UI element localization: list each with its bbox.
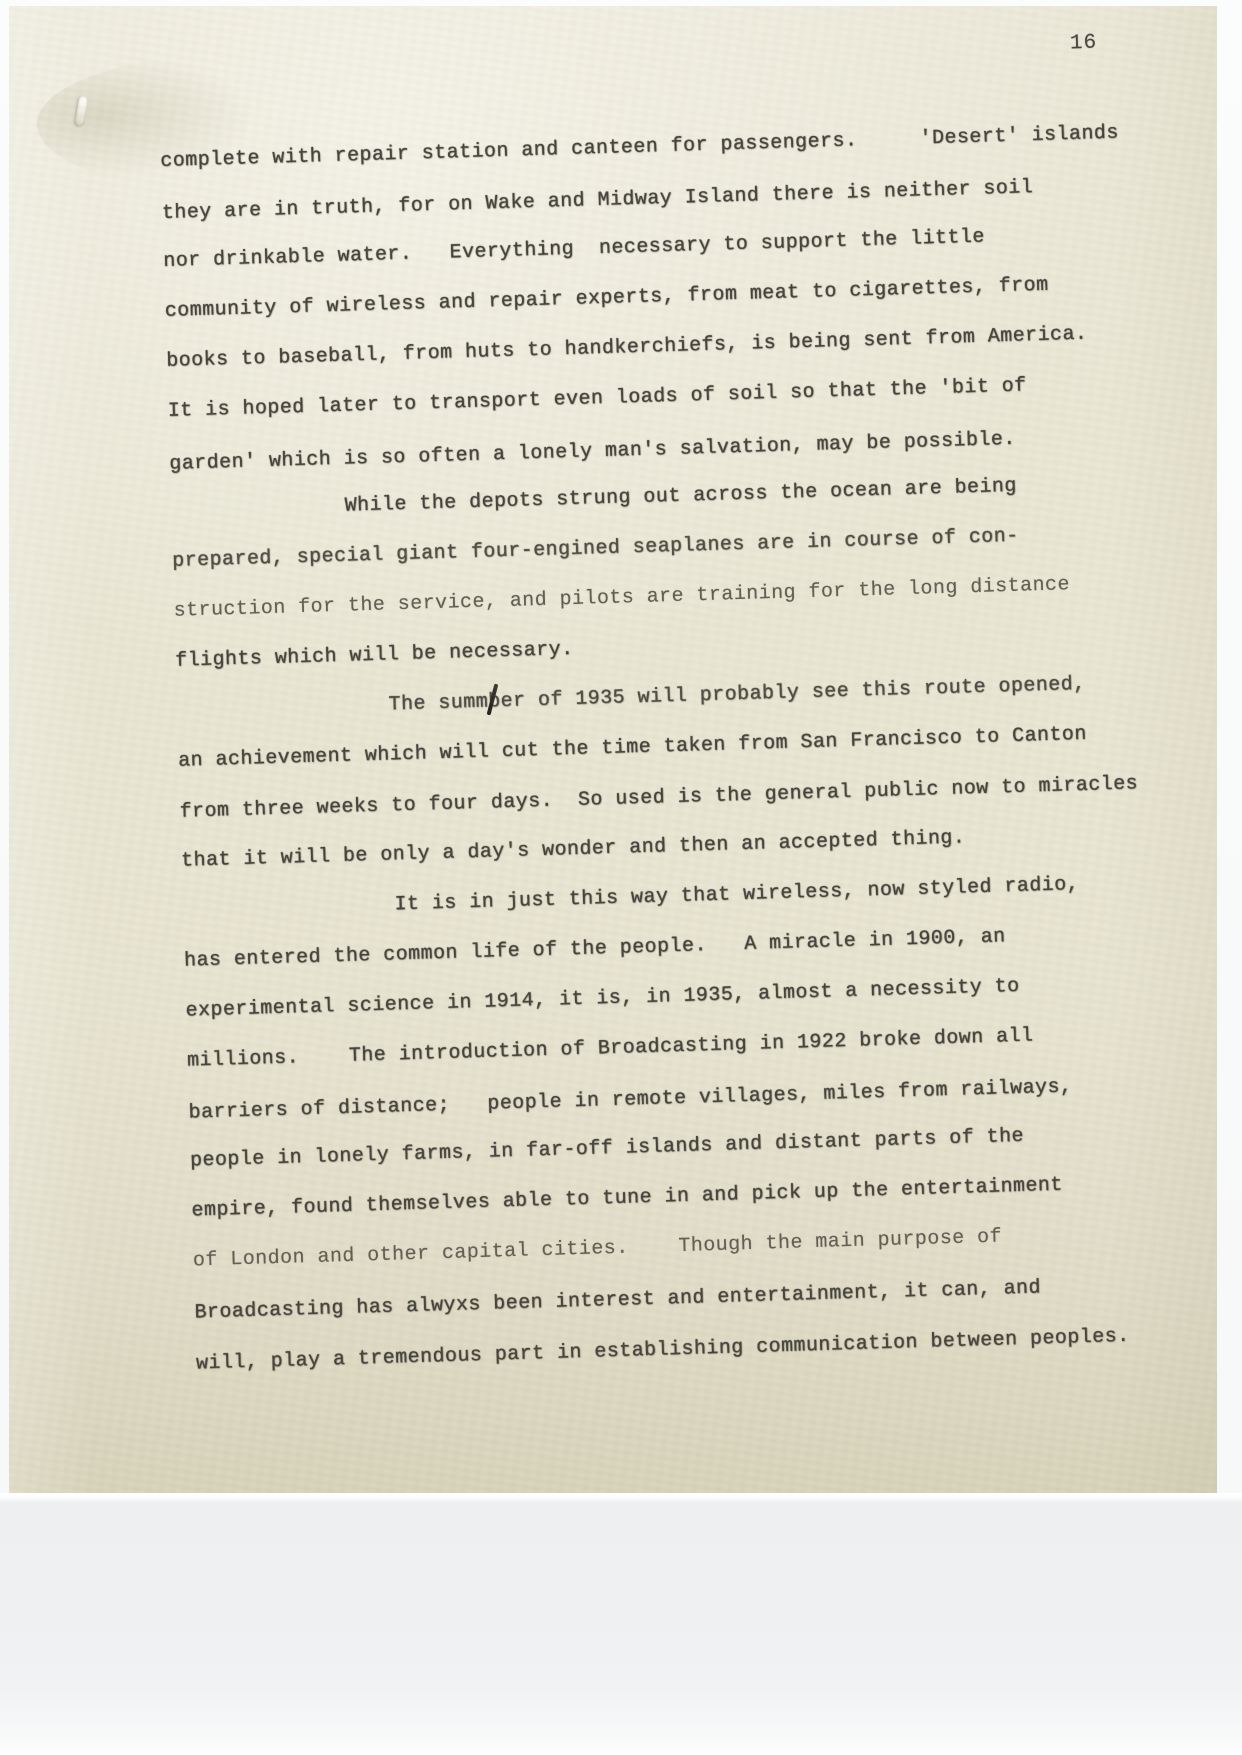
scanned-document-page: 16 complete with repair station and cant… <box>0 0 1242 1755</box>
paper-sheet: 16 complete with repair station and cant… <box>9 6 1217 1493</box>
typewritten-text: complete with repair station and canteen… <box>160 118 1207 1397</box>
pen-strike-mark: b <box>488 690 501 713</box>
scanner-background <box>0 1493 1242 1755</box>
page-number: 16 <box>1070 32 1098 56</box>
